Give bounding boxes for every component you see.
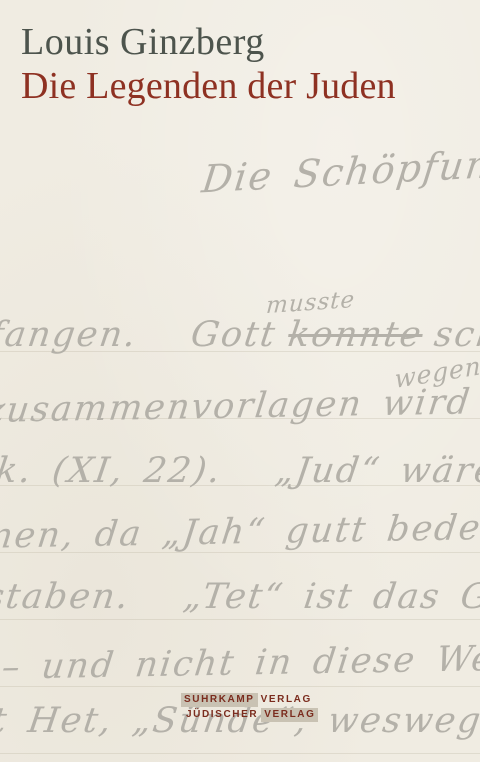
publisher-logo: SUHRKAMP VERLAG JÜDISCHER VERLAG: [181, 693, 318, 723]
handwriting-line-4: nen, da „Jah“ gutt bedeutet, ab: [0, 508, 480, 554]
handwriting-line-1: fangen.Gottkonnteschuf da: [0, 318, 480, 353]
handwriting-line-3-rest: „Jud“ wäre zwar: [273, 454, 480, 489]
handwriting-line-1-start: fangen.: [0, 318, 140, 353]
handwriting-line-5: staben.„Tet“ ist das Gute,: [0, 580, 480, 615]
handwriting-line-5-rest: „Tet“ ist das Gute,: [181, 580, 480, 615]
ruled-line: [0, 619, 480, 620]
publisher-verlag-label-1: VERLAG: [258, 693, 315, 707]
publisher-juedischer-label: JÜDISCHER: [183, 708, 261, 722]
handwriting-insert-above: musste: [265, 289, 355, 318]
book-title: Die Legenden der Juden: [21, 66, 396, 108]
handwriting-line-3-reference: k. (XI, 22).: [0, 454, 224, 489]
author-name: Louis Ginzberg: [21, 22, 265, 64]
handwriting-chapter-heading: Die Schöpfung: [200, 144, 480, 199]
book-cover: Louis Ginzberg Die Legenden der Juden Di…: [0, 0, 480, 762]
ruled-line: [0, 753, 480, 754]
publisher-logo-row-1: SUHRKAMP VERLAG: [181, 693, 318, 707]
publisher-logo-row-2: JÜDISCHER VERLAG: [183, 708, 318, 722]
handwriting-line-5-start: staben.: [0, 580, 132, 615]
handwriting-line-1-struck-word: konnte: [286, 318, 425, 353]
handwriting-line-1-end: schuf da: [432, 318, 480, 353]
handwriting-line-2: zusammenvorlagen wird über die: [0, 382, 480, 429]
publisher-verlag-label-2: VERLAG: [261, 708, 318, 722]
handwriting-line-1-word: Gott: [189, 318, 279, 353]
publisher-suhrkamp-label: SUHRKAMP: [181, 693, 258, 707]
handwriting-line-6: – und nicht in diese Welt.: [0, 641, 480, 685]
handwriting-line-3: k. (XI, 22).„Jud“ wäre zwar: [0, 454, 480, 489]
